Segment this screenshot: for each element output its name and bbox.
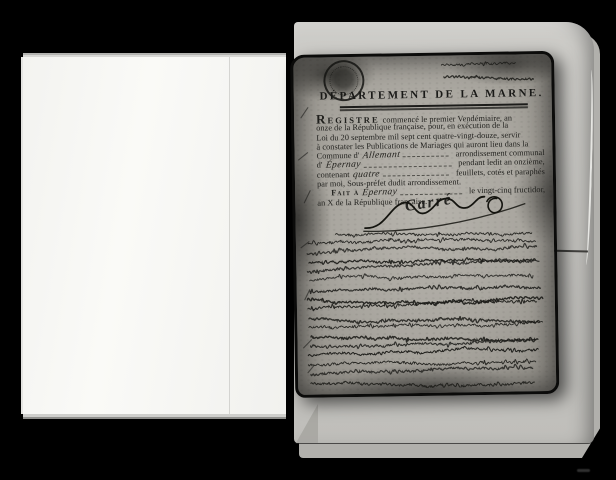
dotted-rule — [382, 175, 448, 177]
printed-text: Fait à — [331, 188, 359, 198]
dotted-rule — [403, 156, 449, 158]
paper-fold — [296, 404, 318, 443]
printed-text: contenant — [317, 170, 350, 180]
handwritten-entry — [302, 224, 549, 390]
top-right-annotation-scrawl — [439, 56, 539, 84]
scanned-register-photo: DÉPARTEMENT DE LA MARNE. Registrecommenc… — [0, 0, 616, 480]
blank-left-page — [23, 57, 286, 414]
dotted-rule — [363, 165, 451, 167]
printed-text: feuillets, cotés et paraphés — [456, 167, 545, 178]
page-title: DÉPARTEMENT DE LA MARNE. — [318, 87, 546, 103]
printed-text: d' — [317, 161, 323, 170]
page-crease — [229, 57, 230, 414]
scanner-artifact — [577, 469, 590, 472]
register-title-page: DÉPARTEMENT DE LA MARNE. Registrecommenc… — [290, 51, 559, 398]
page-edge-highlight — [583, 70, 594, 265]
handwritten-fill: Allemant — [362, 151, 401, 162]
title-underline — [340, 103, 528, 108]
handwritten-fill: quatre — [352, 170, 380, 180]
